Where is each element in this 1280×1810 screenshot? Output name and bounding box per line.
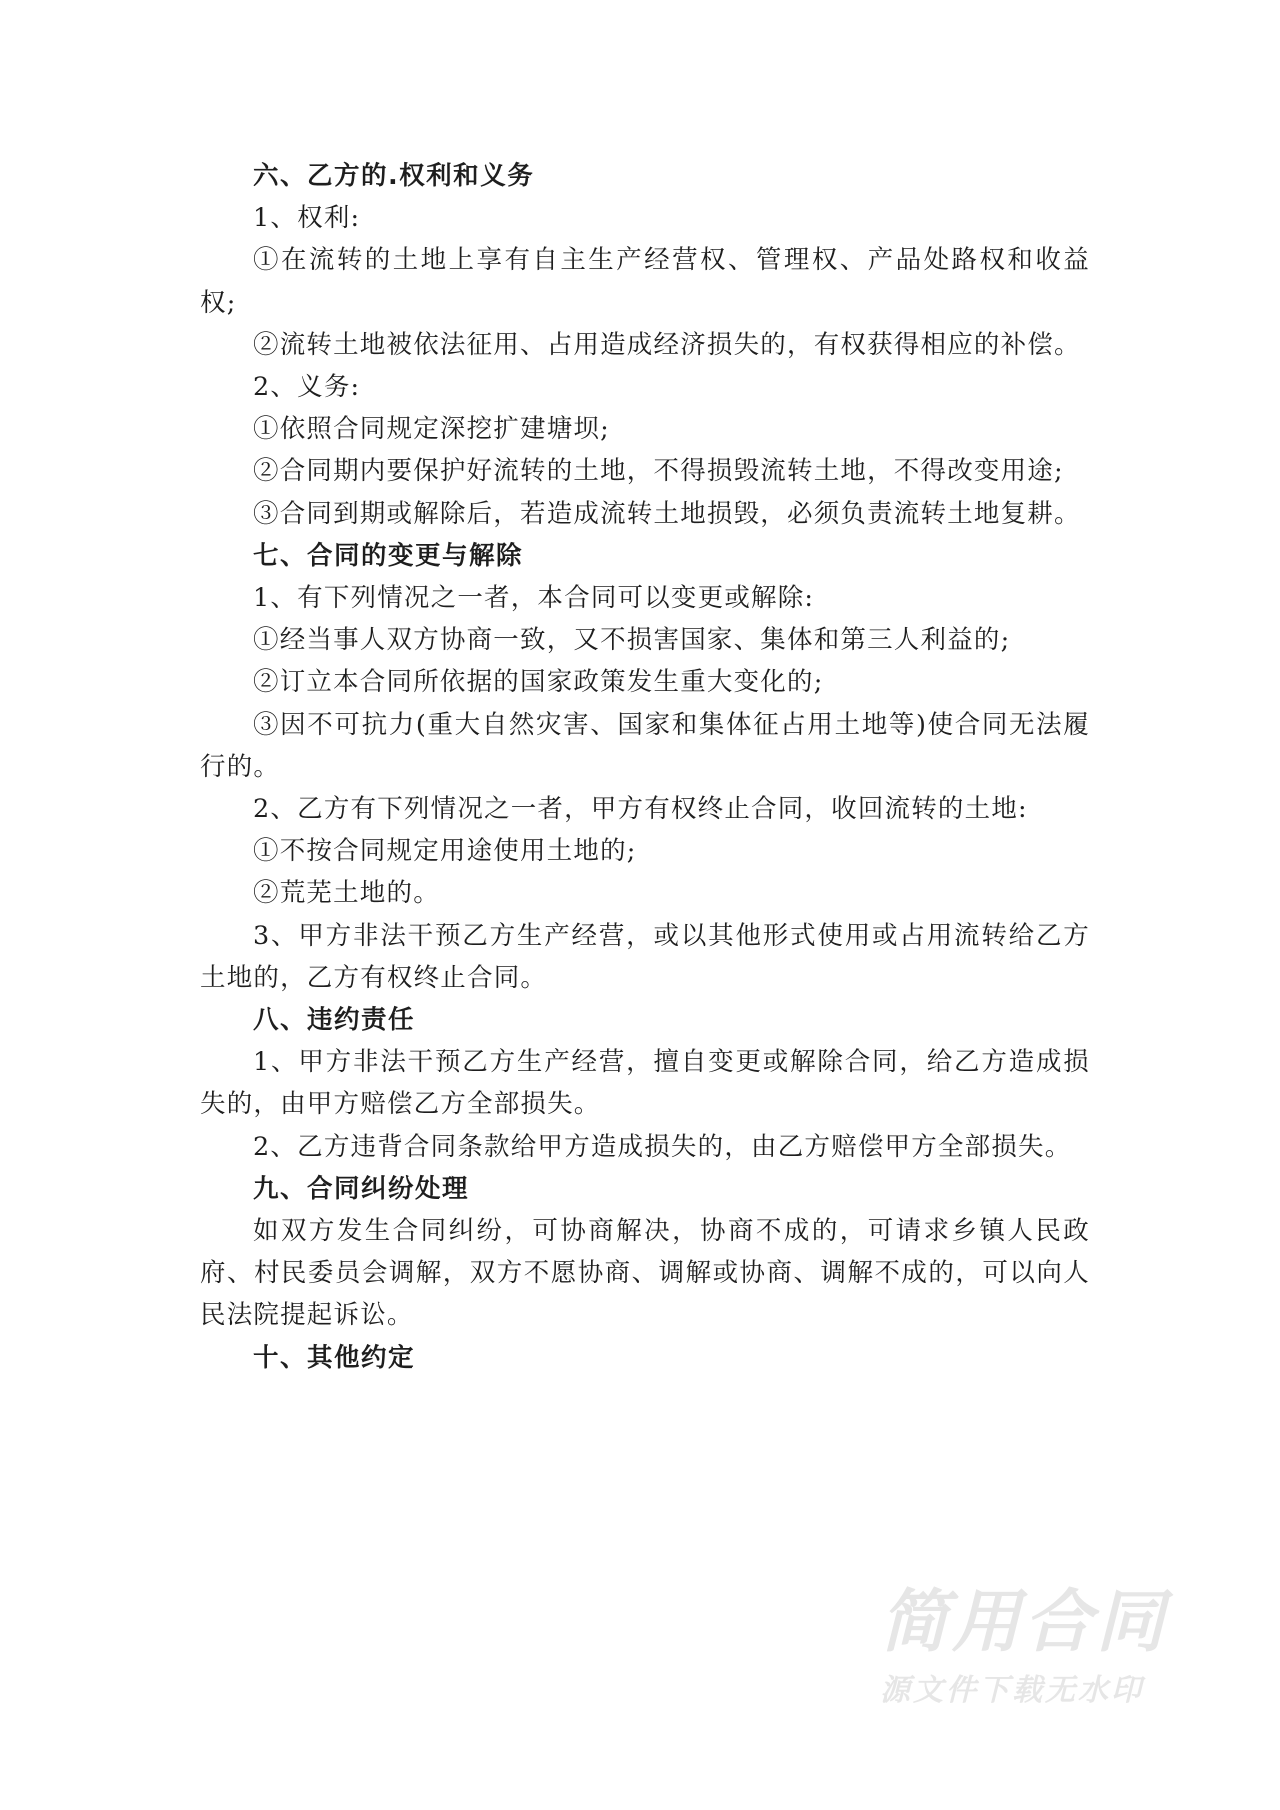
clause-rights-2: ②流转土地被依法征用、占用造成经济损失的，有权获得相应的补偿。 bbox=[200, 324, 1090, 366]
watermark-subtitle: 源文件下载无水印 bbox=[880, 1671, 1220, 1711]
section-heading-8: 八、违约责任 bbox=[200, 999, 1090, 1041]
clause-7-1: 1、有下列情况之一者，本合同可以变更或解除: bbox=[200, 577, 1090, 619]
watermark-title: 简用合同 bbox=[880, 1585, 1220, 1661]
section-heading-7: 七、合同的变更与解除 bbox=[200, 535, 1090, 577]
clause-7-2-b: ②荒芜土地的。 bbox=[200, 872, 1090, 914]
clause-duties-2: ②合同期内要保护好流转的土地，不得损毁流转土地，不得改变用途; bbox=[200, 450, 1090, 492]
clause-rights: 1、权利: bbox=[200, 197, 1090, 239]
clause-7-1-c: ③因不可抗力(重大自然灾害、国家和集体征占用土地等)使合同无法履行的。 bbox=[200, 704, 1090, 788]
clause-7-3: 3、甲方非法干预乙方生产经营，或以其他形式使用或占用流转给乙方土地的，乙方有权终… bbox=[200, 915, 1090, 999]
clause-9: 如双方发生合同纠纷，可协商解决，协商不成的，可请求乡镇人民政府、村民委员会调解，… bbox=[200, 1210, 1090, 1337]
clause-8-1: 1、甲方非法干预乙方生产经营，擅自变更或解除合同，给乙方造成损失的，由甲方赔偿乙… bbox=[200, 1041, 1090, 1125]
section-heading-9: 九、合同纠纷处理 bbox=[200, 1168, 1090, 1210]
clause-duties: 2、义务: bbox=[200, 366, 1090, 408]
clause-7-1-a: ①经当事人双方协商一致，又不损害国家、集体和第三人利益的; bbox=[200, 619, 1090, 661]
clause-8-2: 2、乙方违背合同条款给甲方造成损失的，由乙方赔偿甲方全部损失。 bbox=[200, 1126, 1090, 1168]
clause-rights-1: ①在流转的土地上享有自主生产经营权、管理权、产品处路权和收益权; bbox=[200, 239, 1090, 323]
watermark: 简用合同 源文件下载无水印 bbox=[880, 1585, 1220, 1711]
section-heading-10: 十、其他约定 bbox=[200, 1337, 1090, 1379]
clause-duties-1: ①依照合同规定深挖扩建塘坝; bbox=[200, 408, 1090, 450]
clause-7-2: 2、乙方有下列情况之一者，甲方有权终止合同，收回流转的土地: bbox=[200, 788, 1090, 830]
document-page: 六、乙方的.权利和义务 1、权利: ①在流转的土地上享有自主生产经营权、管理权、… bbox=[200, 155, 1090, 1379]
clause-7-1-b: ②订立本合同所依据的国家政策发生重大变化的; bbox=[200, 661, 1090, 703]
clause-7-2-a: ①不按合同规定用途使用土地的; bbox=[200, 830, 1090, 872]
section-heading-6: 六、乙方的.权利和义务 bbox=[200, 155, 1090, 197]
clause-duties-3: ③合同到期或解除后，若造成流转土地损毁，必须负责流转土地复耕。 bbox=[200, 493, 1090, 535]
